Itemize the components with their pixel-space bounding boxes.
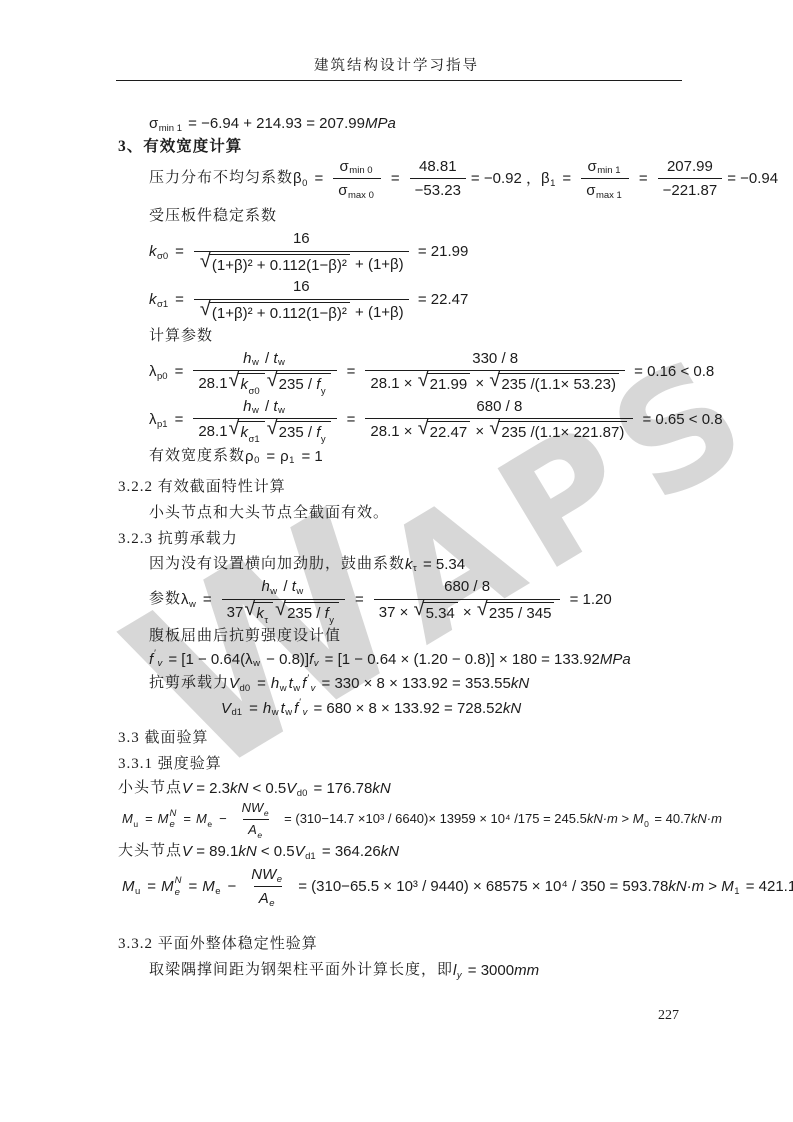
denominator: 28.1 × √21.99 × √235 /(1.1× 53.23) xyxy=(365,370,625,395)
fraction: σmin 1σmax 1 xyxy=(581,157,629,201)
formula-lambda-w: 参数λw=hw / tw37√kτ√235 / fy=680 / 837 × √… xyxy=(118,577,783,623)
page-number: 227 xyxy=(658,1008,679,1024)
unit: kN xyxy=(511,674,529,694)
page-content: σmin 1 = −6.94 + 214.93 = 207.99MPa 3、有效… xyxy=(118,100,783,981)
math-token: λ xyxy=(245,650,253,670)
math-token: 37 × xyxy=(379,603,413,623)
fraction: NWeAe xyxy=(237,800,276,839)
operator: = xyxy=(347,410,356,430)
numerator: hw / tw xyxy=(238,397,292,419)
math-token: k xyxy=(149,242,157,262)
label-text: 计算参数 xyxy=(149,327,213,347)
label-plate-stability: 受压板件稳定系数 xyxy=(118,207,783,227)
unit: MPa xyxy=(600,650,631,670)
math-token: f xyxy=(149,650,153,670)
formula-ly: 取梁隅撑间距为钢架柱平面外计算长度，即ly = 3000mm xyxy=(118,961,783,981)
math-token: β xyxy=(293,169,302,189)
math-token: = 1.20 xyxy=(565,590,611,610)
math-token: f xyxy=(302,674,306,694)
unit: MPa xyxy=(365,114,396,134)
sqrt: √235 / fy xyxy=(275,602,339,624)
operator: = xyxy=(266,447,275,467)
section-heading-3: 3、有效宽度计算 xyxy=(118,137,783,157)
math-token: V xyxy=(286,779,296,799)
math-token: t xyxy=(273,397,277,417)
math-token: = 364.26 xyxy=(318,842,381,862)
math-token: = [1 − 0.64 × (1.20 − 0.8)] × 180 = 133.… xyxy=(321,650,600,670)
fraction: 680 / 828.1 × √22.47 × √235 /(1.1× 221.8… xyxy=(365,397,633,443)
math-token: k xyxy=(256,605,264,622)
subscript: y xyxy=(321,386,326,397)
math-token: / xyxy=(279,577,292,597)
section-heading-33: 3.3 截面验算 xyxy=(118,729,783,749)
math-token: 28.1 xyxy=(198,422,227,442)
numerator: 48.81 xyxy=(414,157,462,179)
formula-k-sigma0: kσ0=16√(1+β)² + 0.112(1−β)² + (1+β) = 21… xyxy=(118,229,783,275)
radicand: 235 /(1.1× 221.87) xyxy=(498,421,627,443)
radicand: 235 / 345 xyxy=(486,602,555,624)
numerator: 207.99 xyxy=(662,157,718,179)
math-token: V xyxy=(182,779,192,799)
math-token: V xyxy=(182,842,192,862)
radicand: 235 / fy xyxy=(276,373,331,395)
operator: = xyxy=(347,362,356,382)
math-token: 235 / xyxy=(279,424,317,441)
formula-sigma-min1: σmin 1 = −6.94 + 214.93 = 207.99MPa xyxy=(118,114,783,134)
math-token: = 421.1 xyxy=(742,877,793,897)
math-token: k xyxy=(241,424,249,441)
unit: kN xyxy=(381,842,399,862)
operator: = xyxy=(355,590,364,610)
formula-k-tau: 因为没有设置横向加劲肋，鼓曲系数kτ = 5.34 xyxy=(118,555,783,575)
section-heading-322: 3.2.2 有效截面特性计算 xyxy=(118,478,783,498)
subscript: τ xyxy=(264,615,268,626)
math-token: σ xyxy=(588,157,597,177)
operator: = xyxy=(175,362,184,382)
formula-lambda-p1: λp1=hw / tw28.1√kσ1√235 / fy=680 / 828.1… xyxy=(118,397,783,443)
numerator: 16 xyxy=(288,277,315,299)
subscript: e xyxy=(175,888,180,898)
math-token: = 21.99 xyxy=(414,242,469,262)
radicand: 235 /(1.1× 53.23) xyxy=(498,373,619,395)
operator: = xyxy=(391,169,400,189)
section-heading-323: 3.2.3 抗剪承载力 xyxy=(118,530,783,550)
numerator: 680 / 8 xyxy=(471,397,527,419)
math-token: = 330 × 8 × 133.92 = 353.55 xyxy=(317,674,511,694)
label-text: 腹板屈曲后抗剪强度设计值 xyxy=(149,627,341,647)
chinese-label: 抗剪承载力 xyxy=(149,674,229,694)
formula-vd0: 抗剪承载力Vd0=hwtwf′v = 330 × 8 × 133.92 = 35… xyxy=(118,674,783,694)
radicand: 22.47 xyxy=(427,421,471,443)
denominator: 37√kτ√235 / fy xyxy=(222,599,345,624)
math-token: + (1+β) xyxy=(351,255,404,275)
operator: = 1 xyxy=(301,447,322,467)
radicand: kσ0 xyxy=(238,373,265,395)
math-token: = 176.78 xyxy=(309,779,372,799)
math-token: V xyxy=(221,699,231,719)
heading-text: 3.3.1 强度验算 xyxy=(118,755,222,775)
math-token: + (1+β) xyxy=(351,303,404,323)
section-heading-332: 3.3.2 平面外整体稳定性验算 xyxy=(118,935,783,955)
formula-small-end-shear: 小头节点V = 2.3kN < 0.5Vd0 = 176.78kN xyxy=(118,779,783,799)
chinese-label: 大头节点 xyxy=(118,842,182,862)
operator: = xyxy=(257,674,266,694)
math-token: 28.1 xyxy=(198,374,227,394)
label-calc-params: 计算参数 xyxy=(118,327,783,347)
operator: = xyxy=(175,290,184,310)
math-token: M xyxy=(122,811,133,828)
sqrt: √235 / fy xyxy=(267,421,331,443)
subscript: σ0 xyxy=(249,386,260,397)
math-token: 37 xyxy=(227,603,244,623)
operator: = xyxy=(562,169,571,189)
math-token: β xyxy=(541,169,550,189)
math-token: = −0.92 ， xyxy=(471,169,541,189)
numerator: hw / tw xyxy=(256,577,310,599)
fraction: hw / tw37√kτ√235 / fy xyxy=(222,577,345,623)
math-token: V xyxy=(229,674,239,694)
formula-big-end-shear: 大头节点V = 89.1kN < 0.5Vd1 = 364.26kN xyxy=(118,842,783,862)
formula-rho: 有效宽度系数ρ0=ρ1= 1 xyxy=(118,447,783,467)
math-token: NW xyxy=(242,800,264,817)
formula-mu-big-end: Mu=MNe=Me−NWeAe = (310−65.5 × 10³ / 9440… xyxy=(118,865,783,909)
sqrt: √235 /(1.1× 53.23) xyxy=(489,373,619,395)
denominator: 28.1√kσ1√235 / fy xyxy=(193,418,336,443)
sqrt: √235 /(1.1× 221.87) xyxy=(489,421,627,443)
fraction: 16√(1+β)² + 0.112(1−β)² + (1+β) xyxy=(194,277,409,323)
numerator: σmin 0 xyxy=(335,157,380,179)
sup-sub-stack: Ne xyxy=(175,876,182,897)
formula-fv: f′v = [1 − 0.64(λw − 0.8)]fv = [1 − 0.64… xyxy=(118,650,783,670)
math-token: σ xyxy=(586,181,595,201)
numerator: 330 / 8 xyxy=(467,349,523,371)
math-token: λ xyxy=(149,362,157,382)
operator: = xyxy=(147,877,156,897)
math-token: 28.1 × xyxy=(370,374,416,394)
denominator: σmax 1 xyxy=(581,178,629,201)
denominator: 28.1√kσ0√235 / fy xyxy=(193,370,336,395)
superscript: N xyxy=(170,809,177,819)
fraction: 330 / 828.1 × √21.99 × √235 /(1.1× 53.23… xyxy=(365,349,625,395)
math-token: f xyxy=(316,376,320,393)
denominator: 37 × √5.34 × √235 / 345 xyxy=(374,599,561,624)
header-rule xyxy=(116,80,682,81)
operator: − xyxy=(219,811,227,828)
sqrt: √(1+β)² + 0.112(1−β)² xyxy=(200,302,350,324)
sqrt: √22.47 xyxy=(418,421,471,443)
sqrt: √kσ0 xyxy=(229,373,265,395)
math-token: = (310−14.7 ×10³ / 6640)× 13959 × 10⁴ /1… xyxy=(281,811,587,828)
subscript: e xyxy=(170,820,175,830)
radicand: 5.34 xyxy=(423,602,458,624)
math-token: × xyxy=(459,603,476,623)
math-token: × xyxy=(471,422,488,442)
document-page: WAPS 建筑结构设计学习指导 σmin 1 = −6.94 + 214.93 … xyxy=(0,0,793,1122)
unit: kN xyxy=(503,699,521,719)
subscript: y xyxy=(321,434,326,445)
subscript: σ1 xyxy=(249,434,260,445)
math-token: = 89.1 xyxy=(192,842,238,862)
radicand: 235 / fy xyxy=(276,421,331,443)
math-token: h xyxy=(271,674,279,694)
formula-lambda-p0: λp0=hw / tw28.1√kσ0√235 / fy=330 / 828.1… xyxy=(118,349,783,395)
operator: = xyxy=(203,590,212,610)
math-token: = 0.16 < 0.8 xyxy=(630,362,714,382)
math-token: = [1 − 0.64( xyxy=(164,650,245,670)
radicand: kσ1 xyxy=(238,421,265,443)
math-token: M xyxy=(161,877,174,897)
math-token: M xyxy=(158,811,169,828)
math-token: = −0.94 xyxy=(727,169,778,189)
math-token: σ xyxy=(340,157,349,177)
math-token: σ xyxy=(149,114,158,134)
operator: = xyxy=(188,877,197,897)
math-token: / xyxy=(261,349,274,369)
section-heading-331: 3.3.1 强度验算 xyxy=(118,755,783,775)
denominator: σmax 0 xyxy=(333,178,381,201)
math-token: λ xyxy=(181,590,189,610)
radicand: (1+β)² + 0.112(1−β)² xyxy=(209,254,350,276)
fraction: hw / tw28.1√kσ1√235 / fy xyxy=(193,397,336,443)
math-token: λ xyxy=(149,410,157,430)
fraction: hw / tw28.1√kσ0√235 / fy xyxy=(193,349,336,395)
fraction: 16√(1+β)² + 0.112(1−β)² + (1+β) xyxy=(194,229,409,275)
formula-mu-small-end: Mu=MNe=Me−NWeAe = (310−14.7 ×10³ / 6640)… xyxy=(118,800,783,839)
sup-sub-stack: Ne xyxy=(170,809,177,830)
math-token: V xyxy=(295,842,305,862)
label-web-buckling: 腹板屈曲后抗剪强度设计值 xyxy=(118,627,783,647)
sqrt: √235 / 345 xyxy=(477,602,555,624)
denominator: Ae xyxy=(254,886,282,909)
superscript: N xyxy=(175,876,182,886)
math-token: < 0.5 xyxy=(248,779,286,799)
sqrt: √5.34 xyxy=(414,602,458,624)
subscript: y xyxy=(329,615,334,626)
math-token: = (310−65.5 × 10³ / 9440) × 68575 × 10⁴ … xyxy=(294,877,668,897)
unit: kN·m xyxy=(587,811,618,828)
operator: = xyxy=(145,811,153,828)
math-token: l xyxy=(453,961,456,981)
heading-text: 3.3.2 平面外整体稳定性验算 xyxy=(118,935,318,955)
formula-vd1: Vd1=hwtwf′v = 680 × 8 × 133.92 = 728.52k… xyxy=(118,699,783,719)
unit: kN·m xyxy=(691,811,722,828)
fraction: σmin 0σmax 0 xyxy=(333,157,381,201)
math-token: h xyxy=(261,577,269,597)
math-token: k xyxy=(149,290,157,310)
math-token: M xyxy=(633,811,644,828)
math-token: σ xyxy=(338,181,347,201)
math-token: t xyxy=(273,349,277,369)
numerator: 680 / 8 xyxy=(439,577,495,599)
operator: = xyxy=(639,169,648,189)
denominator: √(1+β)² + 0.112(1−β)² + (1+β) xyxy=(194,299,409,324)
math-token: ρ xyxy=(245,447,254,467)
operator: = xyxy=(314,169,323,189)
math-token: = 3000 xyxy=(464,961,514,981)
unit: kN xyxy=(230,779,248,799)
operator: = xyxy=(249,699,258,719)
numerator: 16 xyxy=(288,229,315,251)
operator: > xyxy=(704,877,721,897)
operator: = xyxy=(175,242,184,262)
math-token: = 0.65 < 0.8 xyxy=(638,410,722,430)
numerator: σmin 1 xyxy=(583,157,628,179)
chinese-label: 有效宽度系数 xyxy=(149,447,245,467)
paragraph-text: 小头节点和大头节点全截面有效。 xyxy=(149,504,389,524)
math-token: = 40.7 xyxy=(651,811,691,828)
math-token: < 0.5 xyxy=(257,842,295,862)
math-token: M xyxy=(122,877,135,897)
math-token: k xyxy=(241,376,249,393)
math-token: h xyxy=(243,397,251,417)
numerator: hw / tw xyxy=(238,349,292,371)
page-header-title: 建筑结构设计学习指导 xyxy=(0,54,793,75)
math-token: 235 / xyxy=(287,605,325,622)
formula-beta-coefficients: 压力分布不均匀系数β0=σmin 0σmax 0=48.81−53.23= −0… xyxy=(118,157,783,201)
chinese-label: 小头节点 xyxy=(118,779,182,799)
denominator: √(1+β)² + 0.112(1−β)² + (1+β) xyxy=(194,251,409,276)
radicand: 21.99 xyxy=(427,373,471,395)
paragraph-322: 小头节点和大头节点全截面有效。 xyxy=(118,504,783,524)
operator: = xyxy=(183,811,191,828)
math-token: NW xyxy=(251,865,276,885)
math-token: M xyxy=(196,811,207,828)
math-token: M xyxy=(721,877,734,897)
numerator: NWe xyxy=(246,865,289,887)
chinese-label: 因为没有设置横向加劲肋，鼓曲系数 xyxy=(149,555,405,575)
fraction: 680 / 837 × √5.34 × √235 / 345 xyxy=(374,577,561,623)
sqrt: √235 / fy xyxy=(267,373,331,395)
sqrt: √kσ1 xyxy=(229,421,265,443)
denominator: Ae xyxy=(243,819,269,839)
denominator: −221.87 xyxy=(658,178,723,201)
denominator: 28.1 × √22.47 × √235 /(1.1× 221.87) xyxy=(365,418,633,443)
fraction: NWeAe xyxy=(246,865,289,909)
radicand: kτ xyxy=(253,602,273,624)
math-token: A xyxy=(248,822,257,839)
math-token: ρ xyxy=(280,447,289,467)
fraction: 48.81−53.23 xyxy=(410,157,466,201)
radicand: (1+β)² + 0.112(1−β)² xyxy=(209,302,350,324)
sqrt: √kτ xyxy=(244,602,273,624)
unit: mm xyxy=(514,961,539,981)
math-token: = 22.47 xyxy=(414,290,469,310)
math-token: 28.1 × xyxy=(370,422,416,442)
radicand: 235 / fy xyxy=(284,602,339,624)
math-token: f xyxy=(316,424,320,441)
math-token: × xyxy=(471,374,488,394)
math-token: M xyxy=(202,877,215,897)
heading-text: 3、有效宽度计算 xyxy=(118,137,242,157)
fraction: 207.99−221.87 xyxy=(658,157,723,201)
operator: = xyxy=(175,410,184,430)
math-token: f xyxy=(309,650,313,670)
numerator: NWe xyxy=(237,800,276,819)
math-token: A xyxy=(259,889,269,909)
math-token: = −6.94 + 214.93 = 207.99 xyxy=(184,114,365,134)
formula-k-sigma1: kσ1=16√(1+β)² + 0.112(1−β)² + (1+β) = 22… xyxy=(118,277,783,323)
math-token: k xyxy=(405,555,413,575)
chinese-label: 取梁隅撑间距为钢架柱平面外计算长度，即 xyxy=(149,961,453,981)
operator: − xyxy=(228,877,237,897)
unit: kN·m xyxy=(668,877,704,897)
operator: > xyxy=(618,811,633,828)
heading-text: 3.3 截面验算 xyxy=(118,729,209,749)
math-token: = 2.3 xyxy=(192,779,230,799)
math-token: / xyxy=(261,397,274,417)
unit: kN xyxy=(238,842,256,862)
heading-text: 3.2.3 抗剪承载力 xyxy=(118,530,238,550)
math-token: h xyxy=(243,349,251,369)
math-token: 235 / xyxy=(279,376,317,393)
math-token: f xyxy=(294,699,298,719)
unit: kN xyxy=(372,779,390,799)
math-token: = 680 × 8 × 133.92 = 728.52 xyxy=(309,699,503,719)
sqrt: √(1+β)² + 0.112(1−β)² xyxy=(200,254,350,276)
chinese-label: 压力分布不均匀系数 xyxy=(149,169,293,189)
math-token: − 0.8)] xyxy=(262,650,309,670)
label-text: 受压板件稳定系数 xyxy=(149,207,277,227)
math-token: = 5.34 xyxy=(419,555,465,575)
math-token: h xyxy=(263,699,271,719)
heading-text: 3.2.2 有效截面特性计算 xyxy=(118,478,286,498)
denominator: −53.23 xyxy=(410,178,466,201)
chinese-label: 参数 xyxy=(149,590,181,610)
sqrt: √21.99 xyxy=(418,373,471,395)
